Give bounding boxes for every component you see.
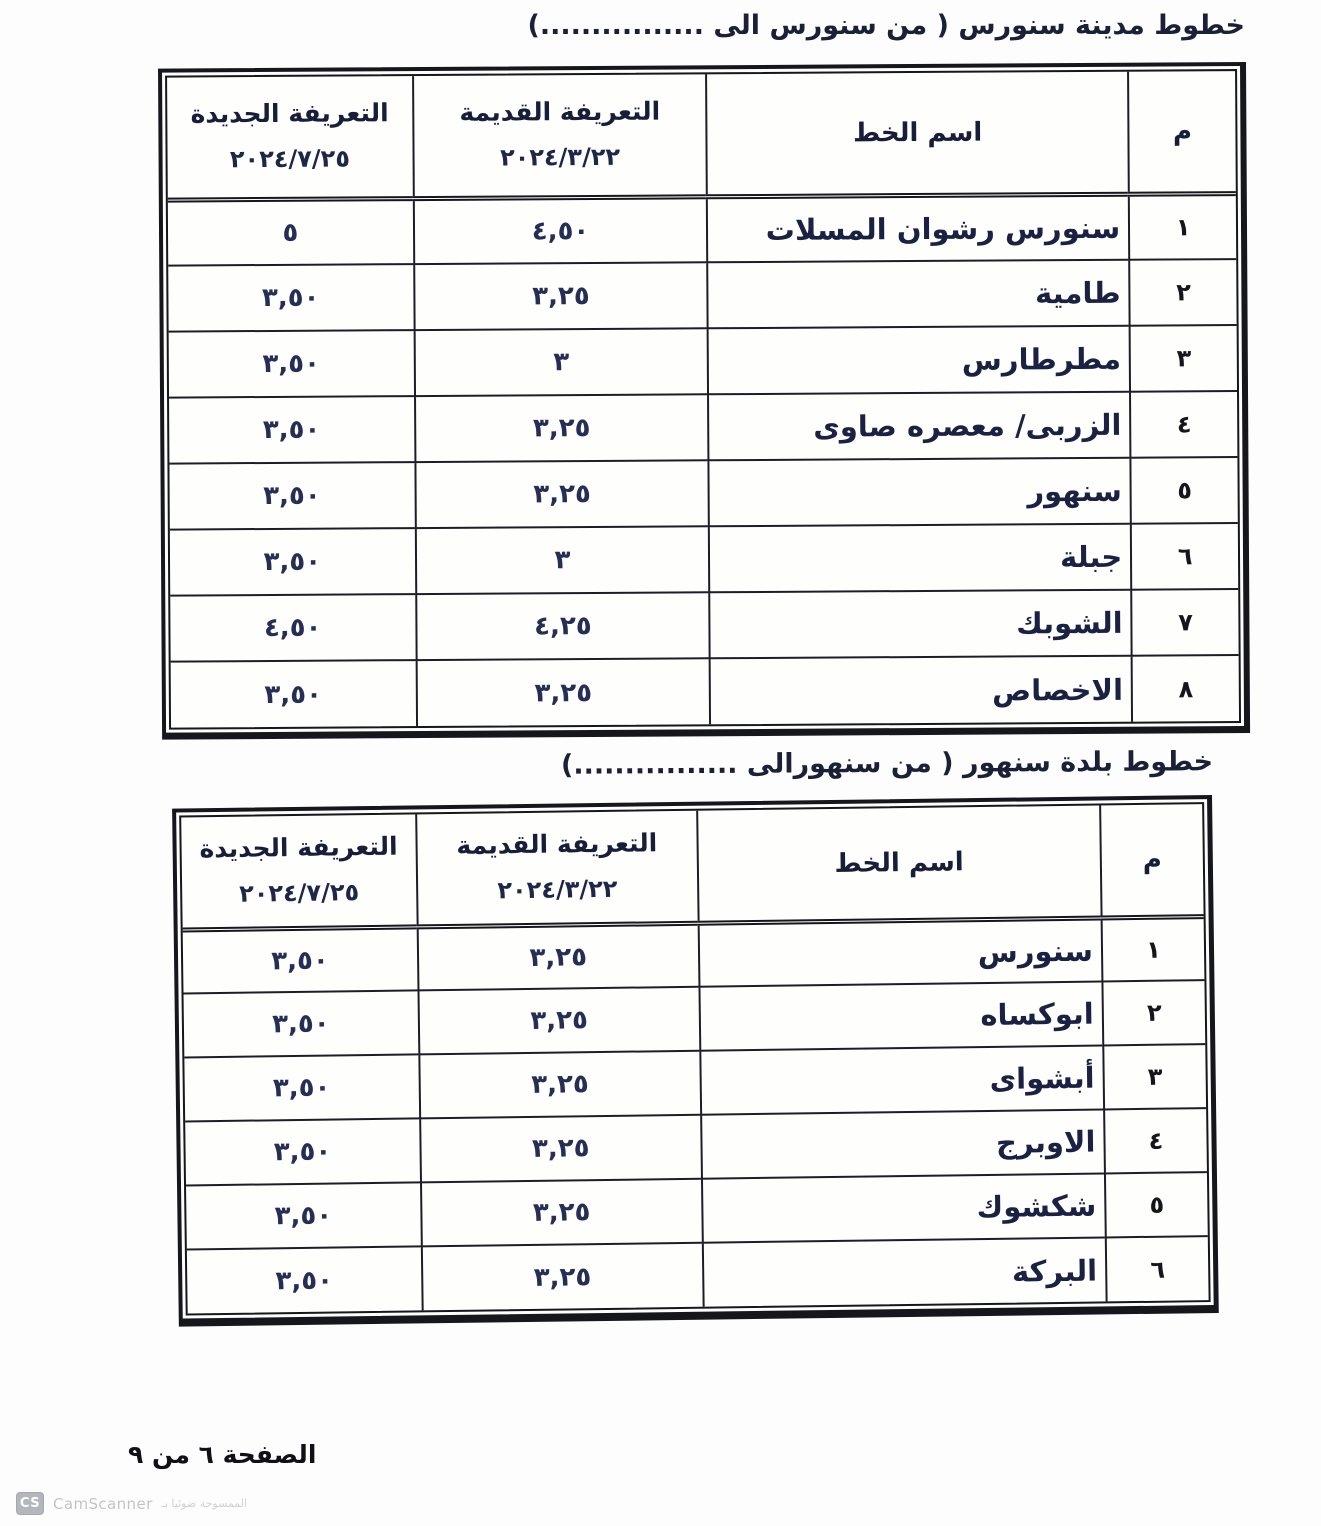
section1-title: خطوط مدينة سنورس ( من سنورس الى ........… (528, 10, 1246, 41)
old-tariff-value: ٣,٢٥ (418, 987, 700, 1055)
old-tariff-value: ٣,٢٥ (416, 658, 710, 726)
header-row: م اسم الخط التعريفة القديمة ٢٠٢٤/٣/٢٢ ال… (167, 71, 1236, 200)
camscanner-brand-text: CamScanner (53, 1495, 153, 1513)
row-number: ٦ (1131, 523, 1238, 590)
old-tariff-value: ٣ (415, 526, 709, 594)
row-number: ٢ (1102, 980, 1205, 1045)
section2-title: خطوط بلدة سنهور ( من سنهورالى ..........… (561, 746, 1213, 780)
column-header-old-tariff: التعريفة القديمة ٢٠٢٤/٣/٢٢ (413, 74, 707, 198)
old-tariff-value: ٣,٢٥ (418, 923, 700, 991)
table-outer-frame: م اسم الخط التعريفة القديمة ٢٠٢٤/٣/٢٢ ال… (172, 795, 1219, 1327)
column-header-new-tariff: التعريفة الجديدة ٢٠٢٤/٧/٢٥ (167, 76, 413, 199)
new-tariff-date: ٢٠٢٤/٧/٢٥ (182, 878, 416, 909)
row-number: ٦ (1106, 1236, 1209, 1301)
camscanner-watermark: CS CamScanner الممسوحة ضوئيا بـ (16, 1492, 247, 1515)
line-name: ابوكساه (699, 981, 1103, 1050)
line-name: البركة (702, 1237, 1106, 1306)
table-row: ٥ سنهور ٣,٢٥ ٣,٥٠ (169, 457, 1237, 530)
new-tariff-value: ٣,٥٠ (186, 1182, 422, 1249)
new-tariff-value: ٣,٥٠ (171, 660, 417, 727)
line-name: طامية (708, 260, 1130, 329)
line-name: الاخصاص (710, 656, 1132, 725)
table-row: ٧ الشوبك ٤,٢٥ ٤,٥٠ (170, 589, 1238, 662)
line-name: سنهور (709, 458, 1131, 527)
column-header-new-tariff: التعريفة الجديدة ٢٠٢٤/٧/٢٥ (181, 814, 417, 929)
new-tariff-date: ٢٠٢٤/٧/٢٥ (167, 144, 412, 173)
line-name: شكشوك (702, 1173, 1106, 1242)
new-tariff-value: ٣,٥٠ (169, 462, 415, 529)
row-number: ٧ (1131, 589, 1238, 656)
row-number: ٣ (1130, 325, 1237, 392)
old-tariff-value: ٣,٢٥ (414, 262, 708, 330)
line-name: سنورس رشوان المسلات (707, 194, 1129, 263)
tariff-table-1: م اسم الخط التعريفة القديمة ٢٠٢٤/٣/٢٢ ال… (167, 71, 1239, 728)
sinnuris-city-lines-table: م اسم الخط التعريفة القديمة ٢٠٢٤/٣/٢٢ ال… (158, 62, 1250, 740)
table-row: ٢ طامية ٣,٢٥ ٣,٥٠ (168, 259, 1236, 332)
tariff-table-2: م اسم الخط التعريفة القديمة ٢٠٢٤/٣/٢٢ ال… (181, 804, 1208, 1313)
row-number: ١ (1129, 193, 1236, 260)
new-tariff-value: ٣,٥٠ (184, 990, 420, 1057)
old-tariff-value: ٣,٢٥ (419, 1051, 701, 1119)
column-header-number: م (1128, 71, 1236, 194)
scanned-document-page: خطوط مدينة سنورس ( من سنورس الى ........… (0, 0, 1321, 1526)
column-header-number: م (1100, 804, 1204, 917)
new-tariff-value: ٣,٥٠ (169, 396, 415, 463)
new-tariff-value: ٣,٥٠ (184, 1054, 420, 1121)
row-number: ٣ (1103, 1044, 1206, 1109)
sinhour-town-lines-table: م اسم الخط التعريفة القديمة ٢٠٢٤/٣/٢٢ ال… (172, 795, 1219, 1327)
table2-body: ١ سنورس ٣,٢٥ ٣,٥٠ ٢ ابوكساه ٣,٢٥ ٣,٥٠ (183, 916, 1209, 1313)
column-header-old-tariff: التعريفة القديمة ٢٠٢٤/٣/٢٢ (416, 811, 698, 927)
new-tariff-label: التعريفة الجديدة (167, 99, 412, 129)
old-tariff-label: التعريفة القديمة (417, 829, 696, 861)
new-tariff-value: ٣,٥٠ (187, 1246, 423, 1313)
table-row: ٦ البركة ٣,٢٥ ٣,٥٠ (187, 1236, 1209, 1313)
table-row: ٦ جبلة ٣ ٣,٥٠ (170, 523, 1238, 596)
line-name: الزربى/ معصره صاوى (708, 392, 1130, 461)
camscanner-logo-icon: CS (16, 1492, 44, 1515)
table-row: ٨ الاخصاص ٣,٢٥ ٣,٥٠ (171, 655, 1239, 728)
table-row: ٤ الزربى/ معصره صاوى ٣,٢٥ ٣,٥٠ (169, 391, 1237, 464)
new-tariff-value: ٣,٥٠ (169, 330, 415, 397)
camscanner-arabic-note: الممسوحة ضوئيا بـ (162, 1497, 247, 1510)
row-number: ١ (1101, 916, 1204, 981)
line-name: أبشواى (700, 1045, 1104, 1114)
page-number-footer: الصفحة ٦ من ٩ (128, 1440, 316, 1469)
old-tariff-value: ٣,٢٥ (415, 460, 709, 528)
table-inner-frame: م اسم الخط التعريفة القديمة ٢٠٢٤/٣/٢٢ ال… (165, 69, 1241, 730)
table1-header: م اسم الخط التعريفة القديمة ٢٠٢٤/٣/٢٢ ال… (167, 71, 1236, 200)
row-number: ٥ (1131, 457, 1238, 524)
new-tariff-value: ٤,٥٠ (170, 594, 416, 661)
old-tariff-value: ٤,٢٥ (416, 592, 710, 660)
row-number: ٢ (1129, 259, 1236, 326)
new-tariff-value: ٣,٥٠ (168, 264, 414, 331)
old-tariff-value: ٣,٢٥ (415, 394, 709, 462)
old-tariff-value: ٣ (414, 328, 708, 396)
table-row: ١ سنورس رشوان المسلات ٤,٥٠ ٥ (168, 193, 1236, 266)
old-tariff-value: ٣,٢٥ (422, 1243, 704, 1311)
line-name: مطرطارس (708, 326, 1130, 395)
header-row: م اسم الخط التعريفة القديمة ٢٠٢٤/٣/٢٢ ال… (181, 804, 1203, 929)
new-tariff-value: ٣,٥٠ (183, 926, 419, 993)
new-tariff-value: ٣,٥٠ (170, 528, 416, 595)
row-number: ٤ (1130, 391, 1237, 458)
row-number: ٨ (1132, 655, 1239, 722)
old-tariff-label: التعريفة القديمة (414, 98, 706, 129)
line-name: جبلة (709, 524, 1131, 593)
old-tariff-date: ٢٠٢٤/٣/٢٢ (418, 874, 697, 906)
old-tariff-date: ٢٠٢٤/٣/٢٢ (414, 142, 706, 172)
row-number: ٤ (1104, 1108, 1207, 1173)
new-tariff-value: ٣,٥٠ (185, 1118, 421, 1185)
new-tariff-value: ٥ (168, 198, 414, 265)
line-name: الشوبك (710, 590, 1132, 659)
old-tariff-value: ٤,٥٠ (413, 196, 707, 264)
table1-body: ١ سنورس رشوان المسلات ٤,٥٠ ٥ ٢ طامية ٣,٢… (168, 193, 1239, 728)
line-name: الاوبرج (701, 1109, 1105, 1178)
column-header-line-name: اسم الخط (697, 805, 1102, 922)
row-number: ٥ (1105, 1172, 1208, 1237)
table-outer-frame: م اسم الخط التعريفة القديمة ٢٠٢٤/٣/٢٢ ال… (158, 62, 1250, 740)
table-inner-frame: م اسم الخط التعريفة القديمة ٢٠٢٤/٣/٢٢ ال… (179, 802, 1210, 1315)
table-row: ٣ مطرطارس ٣ ٣,٥٠ (169, 325, 1237, 398)
old-tariff-value: ٣,٢٥ (420, 1115, 702, 1183)
old-tariff-value: ٣,٢٥ (421, 1179, 703, 1247)
column-header-line-name: اسم الخط (706, 72, 1129, 197)
line-name: سنورس (698, 917, 1102, 986)
table2-header: م اسم الخط التعريفة القديمة ٢٠٢٤/٣/٢٢ ال… (181, 804, 1203, 929)
new-tariff-label: التعريفة الجديدة (181, 833, 415, 865)
